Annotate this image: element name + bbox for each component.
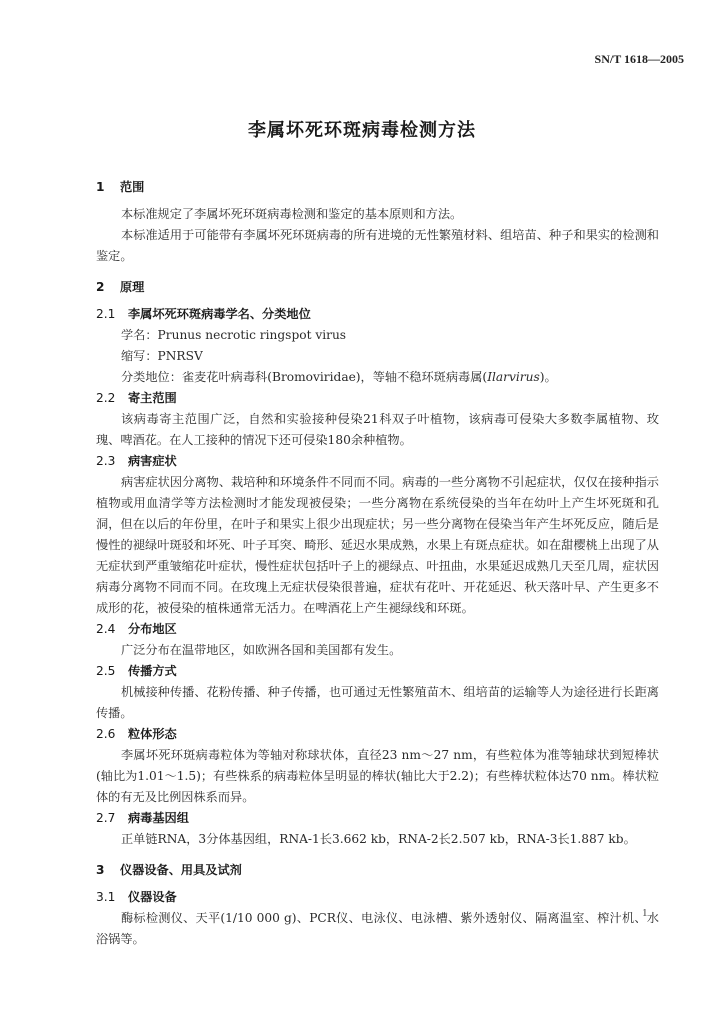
page-number: 1 [642,907,648,919]
section-heading-1: 1范围 [96,177,659,198]
subsection-heading-2-5: 2.5传播方式 [96,661,659,682]
subsection-heading-2-7: 2.7病毒基因组 [96,808,659,829]
subsection-heading-2-2: 2.2寄主范围 [96,388,659,409]
paragraph: 正单链RNA，3分体基因组，RNA-1长3.662 kb，RNA-2长2.507… [96,829,659,850]
abbreviation: 缩写：PNRSV [96,346,659,367]
subsection-heading-2-1: 2.1李属坏死环斑病毒学名、分类地位 [96,304,659,325]
standard-code: SN/T 1618—2005 [595,52,684,67]
paragraph: 本标准适用于可能带有李属坏死环斑病毒的所有进境的无性繁殖材料、组培苗、种子和果实… [96,225,659,267]
section-heading-2: 2原理 [96,277,659,298]
section-heading-3: 3仪器设备、用具及试剂 [96,860,659,881]
paragraph: 李属坏死环斑病毒粒体为等轴对称球状体，直径23 nm～27 nm，有些粒体为准等… [96,745,659,808]
paragraph: 机械接种传播、花粉传播、种子传播，也可通过无性繁殖苗木、组培苗的运输等人为途径进… [96,682,659,724]
paragraph: 广泛分布在温带地区，如欧洲各国和美国都有发生。 [96,640,659,661]
document-body: 1范围 本标准规定了李属坏死环斑病毒检测和鉴定的基本原则和方法。 本标准适用于可… [96,177,659,950]
scientific-name: 学名：Prunus necrotic ringspot virus [96,325,659,346]
subsection-heading-2-3: 2.3病害症状 [96,451,659,472]
subsection-heading-2-6: 2.6粒体形态 [96,724,659,745]
paragraph: 病害症状因分离物、栽培种和环境条件不同而不同。病毒的一些分离物不引起症状，仅仅在… [96,472,659,619]
taxonomy: 分类地位：雀麦花叶病毒科(Bromoviridae)，等轴不稳环斑病毒属(Ila… [96,367,659,388]
paragraph: 该病毒寄主范围广泛，自然和实验接种侵染21科双子叶植物，该病毒可侵染大多数李属植… [96,409,659,451]
subsection-heading-2-4: 2.4分布地区 [96,619,659,640]
paragraph: 本标准规定了李属坏死环斑病毒检测和鉴定的基本原则和方法。 [96,204,659,225]
paragraph: 酶标检测仪、天平(1/10 000 g)、PCR仪、电泳仪、电泳槽、紫外透射仪、… [96,908,659,950]
document-title: 李属坏死环斑病毒检测方法 [0,116,724,142]
subsection-heading-3-1: 3.1仪器设备 [96,887,659,908]
